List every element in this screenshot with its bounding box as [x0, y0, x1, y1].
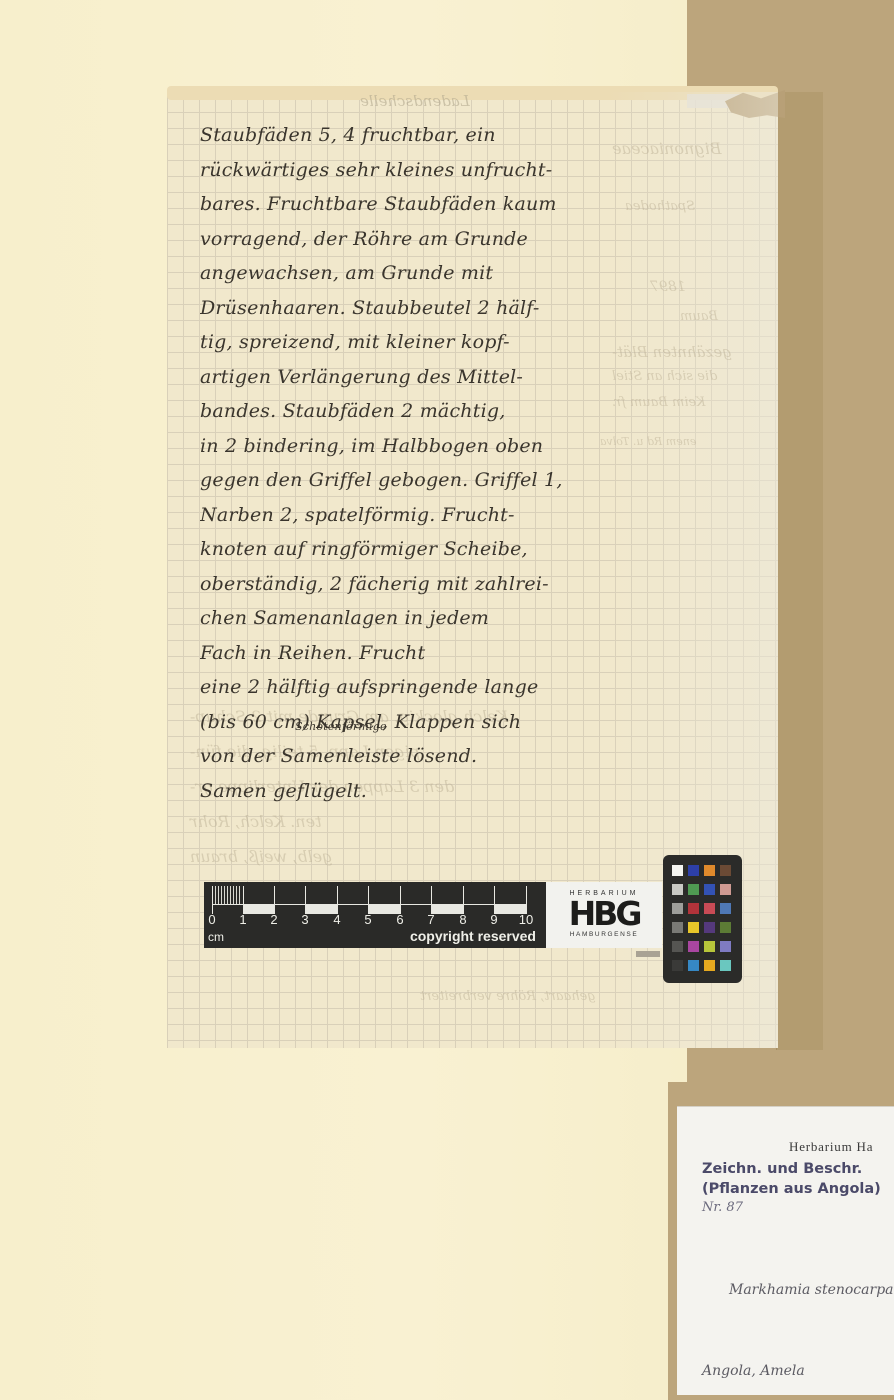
label-number: Nr. 87	[702, 1200, 743, 1215]
handwritten-description: Staubfäden 5, 4 fruchtbar, ein rückwärti…	[200, 118, 600, 808]
bleed-text: Keim Baum fr.	[612, 386, 706, 420]
manuscript-line: tig, spreizend, mit kleiner kopf-	[200, 325, 600, 360]
hbg-herbarium-logo: HERBARIUM HBG HAMBURGENSE	[546, 882, 662, 948]
manuscript-line: bandes. Staubfäden 2 mächtig,	[200, 394, 600, 429]
color-patch	[672, 865, 683, 876]
color-patch	[688, 903, 699, 914]
manuscript-line: angewachsen, am Grunde mit	[200, 256, 600, 291]
bleed-text: enem Rd u. Tolva	[600, 425, 696, 459]
herbarium-mount: Ladendschelle Bignoniaceae Spathodea 189…	[0, 0, 894, 1400]
stamp-line-1: Zeichn. und Beschr.	[702, 1159, 881, 1179]
label-stamp: Zeichn. und Beschr. (Pflanzen aus Angola…	[702, 1159, 881, 1199]
manuscript-line: artigen Verlängerung des Mittel-	[200, 360, 600, 395]
manuscript-line: vorragend, der Röhre am Grunde	[200, 222, 600, 257]
manuscript-line: Fach in Reihen. Frucht	[200, 636, 600, 671]
kraft-tape-strip	[776, 92, 823, 1050]
manuscript-line: Narben 2, spatelförmig. Frucht-	[200, 498, 600, 533]
color-patch	[720, 903, 731, 914]
color-patch	[688, 884, 699, 895]
color-patch	[720, 865, 731, 876]
color-patch	[704, 865, 715, 876]
color-patch	[720, 941, 731, 952]
color-patch	[720, 922, 731, 933]
manuscript-line: bares. Fruchtbare Staubfäden kaum	[200, 187, 600, 222]
label-institution: Herbarium Ha	[789, 1139, 873, 1155]
label-locality: Angola, Amela	[702, 1363, 805, 1379]
scale-ruler: 0 1 2 3 4 5 6 7 8 9 10 cm copyright rese…	[204, 882, 546, 948]
bleed-text: 1897	[650, 270, 686, 304]
color-patch-grid	[672, 865, 731, 971]
bleed-text: Bignoniaceae	[612, 132, 721, 166]
color-patch	[704, 903, 715, 914]
hbg-logo-mark: HBG	[546, 897, 662, 931]
color-patch	[688, 941, 699, 952]
color-patch	[688, 922, 699, 933]
color-patch	[704, 884, 715, 895]
bleed-text: ten. Kelch, Rohr	[190, 805, 322, 839]
color-patch	[672, 960, 683, 971]
color-patch	[704, 960, 715, 971]
color-patch	[720, 960, 731, 971]
bleed-text: gehaart, Röhre verbreitert	[420, 980, 596, 1014]
specimen-label: Herbarium Ha Zeichn. und Beschr. (Pflanz…	[677, 1106, 894, 1395]
color-patch	[704, 941, 715, 952]
ruler-unit-label: cm	[208, 930, 224, 944]
bleed-text: Baum	[680, 300, 718, 334]
color-patch	[720, 884, 731, 895]
manuscript-line: (bis 60 cm) Kapsel, Klappen sich	[200, 705, 600, 740]
manuscript-line: von der Samenleiste lösend.	[200, 739, 600, 774]
manuscript-line: Drüsenhaaren. Staubbeutel 2 hälf-	[200, 291, 600, 326]
manuscript-line: rückwärtiges sehr kleines unfrucht-	[200, 153, 600, 188]
bleed-text: Spathodea	[625, 190, 695, 224]
manuscript-line: knoten auf ringförmiger Scheibe,	[200, 532, 600, 567]
label-species-name: Markhamia stenocarpa	[729, 1282, 894, 1298]
manuscript-line: eine 2 hälftig aufspringende lange	[200, 670, 600, 705]
color-calibration-chart	[663, 855, 742, 983]
color-patch	[672, 922, 683, 933]
manuscript-line: chen Samenanlagen in jedem	[200, 601, 600, 636]
logo-bottom-text: HAMBURGENSE	[546, 931, 662, 938]
stamp-line-2: (Pflanzen aus Angola)	[702, 1179, 881, 1199]
ruler-numbers: 0 1 2 3 4 5 6 7 8 9 10	[208, 912, 542, 928]
manuscript-line: oberständig, 2 fächerig mit zahlrei-	[200, 567, 600, 602]
copyright-notice: copyright reserved	[410, 928, 536, 944]
manuscript-line: Samen geflügelt.	[200, 774, 600, 809]
color-patch	[688, 960, 699, 971]
manuscript-line: gegen den Griffel gebogen. Griffel 1,	[200, 463, 600, 498]
manuscript-line: Staubfäden 5, 4 fruchtbar, ein	[200, 118, 600, 153]
ruler-scale-bar	[212, 886, 530, 914]
manuscript-line: in 2 bindering, im Halbbogen oben	[200, 429, 600, 464]
color-patch	[672, 941, 683, 952]
bleed-text: gelb, weiß, braun	[190, 840, 332, 874]
manuscript-insertion: Schotenförmige	[295, 722, 387, 732]
faint-heading: Ladendschelle	[360, 92, 470, 110]
color-patch	[672, 884, 683, 895]
color-patch	[672, 903, 683, 914]
color-patch	[688, 865, 699, 876]
color-patch	[704, 922, 715, 933]
